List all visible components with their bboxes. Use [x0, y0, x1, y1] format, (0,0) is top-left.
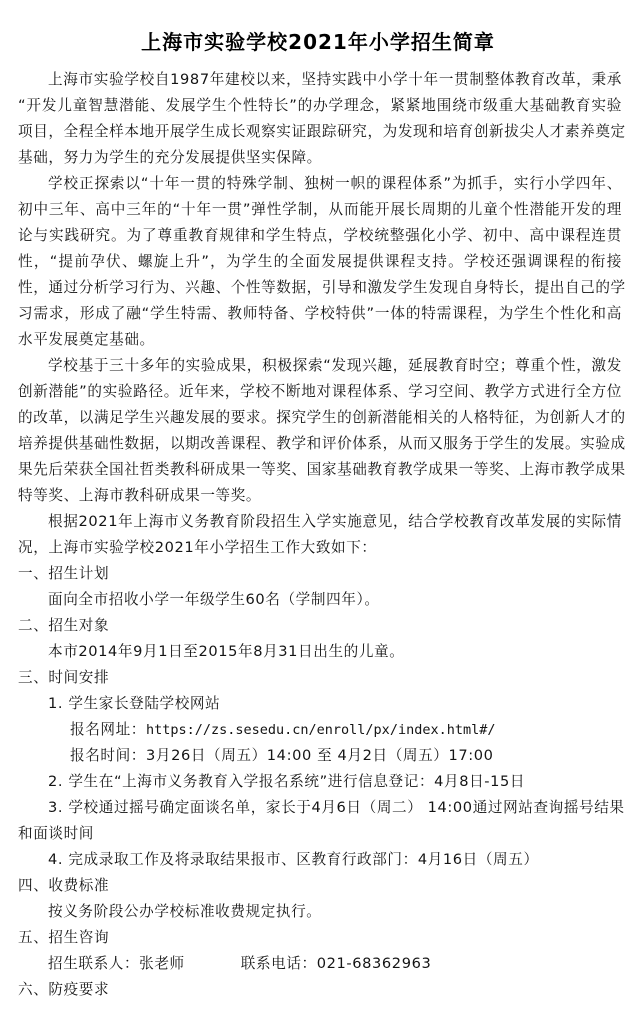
document-title: 上海市实验学校2021年小学招生简章 [0, 26, 636, 55]
schedule-item-1: 1. 学生家长登陆学校网站 [48, 694, 220, 714]
contact-phone-label: 联系电话： [241, 955, 317, 972]
text-line: 性，通过分析学习行为、兴趣、个性等数据，引导和激发学生发现自身特长，提出自己的学 [18, 278, 622, 298]
section-heading: 四、收费标准 [18, 876, 109, 896]
text-line: 初中三年、高中三年的“十年一贯”弹性学制，从而能开展长周期的儿童个性潜能开发的理 [18, 200, 622, 220]
text-line: 特等奖、上海市教科研成果一等奖。 [18, 486, 261, 506]
text-line: 基础，努力为学生的充分发展提供坚实保障。 [18, 148, 322, 168]
text-line: 按义务阶段公办学校标准收费规定执行。 [48, 902, 322, 922]
text-line: 的改革，以满足学生兴趣发展的要求。探究学生的创新潜能相关的人格特征，为创新人才的 [18, 408, 622, 428]
text-line: 培养提供基础性数据，以期改善课程、教学和评价体系，从而又服务于学生的发展。实验成 [18, 434, 622, 454]
contact-phone: 021-68362963 [317, 955, 432, 972]
schedule-item-3-cont: 和面谈时间 [18, 824, 94, 844]
section-heading: 二、招生对象 [18, 616, 109, 636]
text-line: 本市2014年9月1日至2015年8月31日出生的儿童。 [48, 642, 404, 662]
section-heading: 五、招生咨询 [18, 928, 109, 948]
section-heading: 六、防疫要求 [18, 980, 109, 1000]
text-line: 水平发展奠定基础。 [18, 330, 155, 350]
text-line: 况，上海市实验学校2021年小学招生工作大致如下： [18, 538, 377, 558]
contact-line: 招生联系人：张老师联系电话：021-68362963 [48, 954, 431, 974]
section-heading: 三、时间安排 [18, 668, 109, 688]
enrollment-notice-document: 上海市实验学校2021年小学招生简章 上海市实验学校自1987年建校以来，坚持实… [0, 0, 636, 1023]
section-heading: 一、招生计划 [18, 564, 109, 584]
text-line: 习需求，形成了融“学生特需、教师特备、学校特供”一体的特需课程，为学生个性化和高 [18, 304, 622, 324]
registration-time-label: 报名时间： [70, 747, 146, 764]
text-line: 学校基于三十多年的实验成果，积极探索“发现兴趣，延展教育时空；尊重个性，激发 [48, 356, 622, 376]
schedule-item-3: 3. 学校通过摇号确定面谈名单，家长于4月6日（周二） 14:00通过网站查询摇… [48, 798, 622, 818]
registration-url-label: 报名网址： [70, 721, 146, 738]
registration-time-value: 3月26日（周五）14:00 至 4月2日（周五）17:00 [146, 747, 494, 764]
contact-person: 张老师 [139, 955, 185, 972]
registration-url-line: 报名网址：https://zs.sesedu.cn/enroll/px/inde… [70, 720, 495, 740]
registration-time-line: 报名时间：3月26日（周五）14:00 至 4月2日（周五）17:00 [70, 746, 494, 766]
text-line: 果先后荣获全国社哲类教科研成果一等奖、国家基础教育教学成果一等奖、上海市教学成果 [18, 460, 622, 480]
contact-person-label: 招生联系人： [48, 955, 139, 972]
schedule-item-2: 2. 学生在“上海市义务教育入学报名系统”进行信息登记：4月8日-15日 [48, 772, 525, 792]
text-line: 根据2021年上海市义务教育阶段招生入学实施意见，结合学校教育改革发展的实际情 [48, 512, 622, 532]
text-line: “开发儿童智慧潜能、发展学生个性特长”的办学理念，紧紧地围绕市级重大基础教育实验 [18, 96, 622, 116]
text-line: 性，“提前孕伏、螺旋上升”，为学生的全面发展提供课程支持。学校还强调课程的衔接 [18, 252, 622, 272]
text-line: 创新潜能”的实验路径。近年来，学校不断地对课程体系、学习空间、教学方式进行全方位 [18, 382, 622, 402]
text-line: 论与实践研究。为了尊重教育规律和学生特点，学校统整强化小学、初中、高中课程连贯 [18, 226, 622, 246]
schedule-item-4: 4. 完成录取工作及将录取结果报市、区教育行政部门：4月16日（周五） [48, 850, 539, 870]
text-line: 上海市实验学校自1987年建校以来，坚持实践中小学十年一贯制整体教育改革，秉承 [48, 70, 622, 90]
registration-url-link[interactable]: https://zs.sesedu.cn/enroll/px/index.htm… [146, 722, 496, 738]
text-line: 学校正探索以“十年一贯的特殊学制、独树一帜的课程体系”为抓手，实行小学四年、 [48, 174, 622, 194]
text-line: 项目，全程全样本地开展学生成长观察实证跟踪研究，为发现和培育创新拔尖人才素养奠定 [18, 122, 622, 142]
text-line: 面向全市招收小学一年级学生60名（学制四年）。 [48, 590, 380, 610]
